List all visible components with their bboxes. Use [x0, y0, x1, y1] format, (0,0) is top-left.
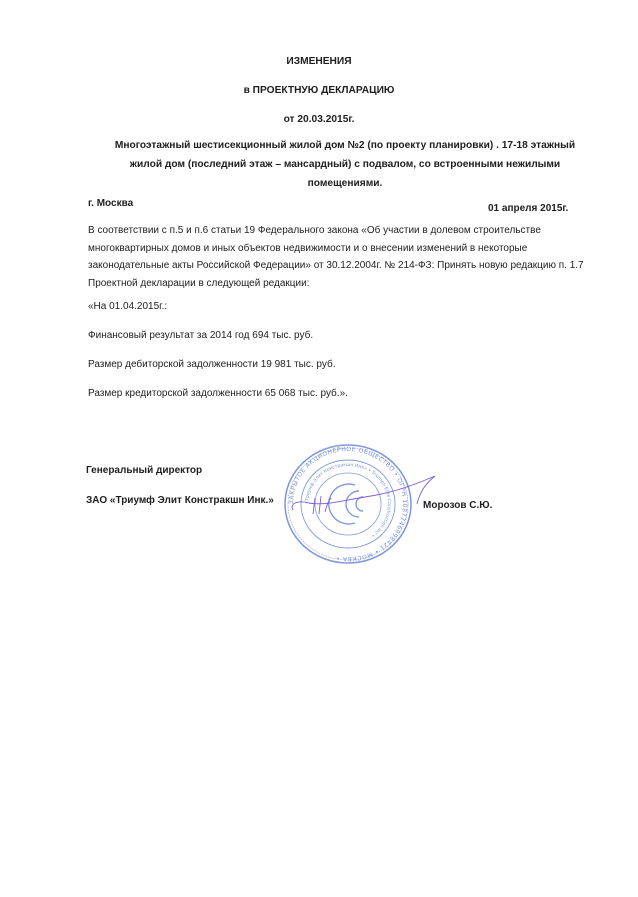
project-subject: Многоэтажный шестисекционный жилой дом №…	[100, 136, 590, 193]
signatory-position: Генеральный директор	[86, 465, 202, 476]
place: г. Москва	[88, 198, 133, 209]
signatory-company: ЗАО «Триумф Элит Констракшн Инк.»	[86, 495, 274, 506]
receivables-line: Размер дебиторской задолженности 19 981 …	[88, 359, 335, 370]
intro-paragraph: В соответствии с п.5 и п.6 статьи 19 Фед…	[88, 222, 598, 292]
payables-line: Размер кредиторской задолженности 65 068…	[88, 388, 348, 399]
document-date-line: от 20.03.2015г.	[0, 114, 638, 125]
document-title: ИЗМЕНЕНИЯ	[0, 56, 638, 67]
signature-scribble	[285, 470, 445, 520]
as-of-line: «На 01.04.2015г.:	[88, 301, 167, 312]
document-date: 01 апреля 2015г.	[488, 203, 568, 214]
document-subtitle: в ПРОЕКТНУЮ ДЕКЛАРАЦИЮ	[0, 85, 638, 96]
financial-result-line: Финансовый результат за 2014 год 694 тыс…	[88, 330, 313, 341]
